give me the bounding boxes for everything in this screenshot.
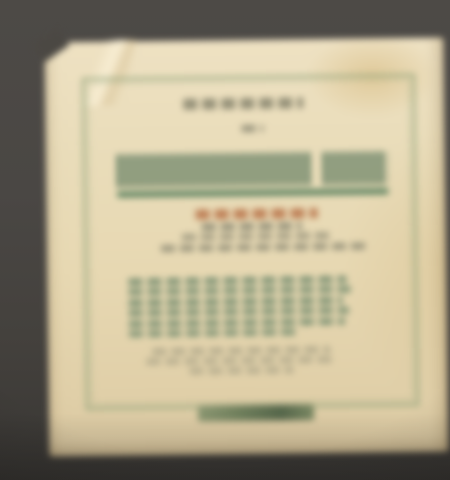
green-border-frame: [82, 74, 419, 410]
title-word-1: [117, 152, 310, 187]
bent-corner: [33, 29, 69, 63]
publisher-stamp-band: [198, 404, 314, 421]
photograph: Out-of-focus photograph of an aged cream…: [0, 0, 450, 480]
printed-paper-sleeve: [44, 38, 448, 457]
title-word-2: [323, 151, 387, 185]
